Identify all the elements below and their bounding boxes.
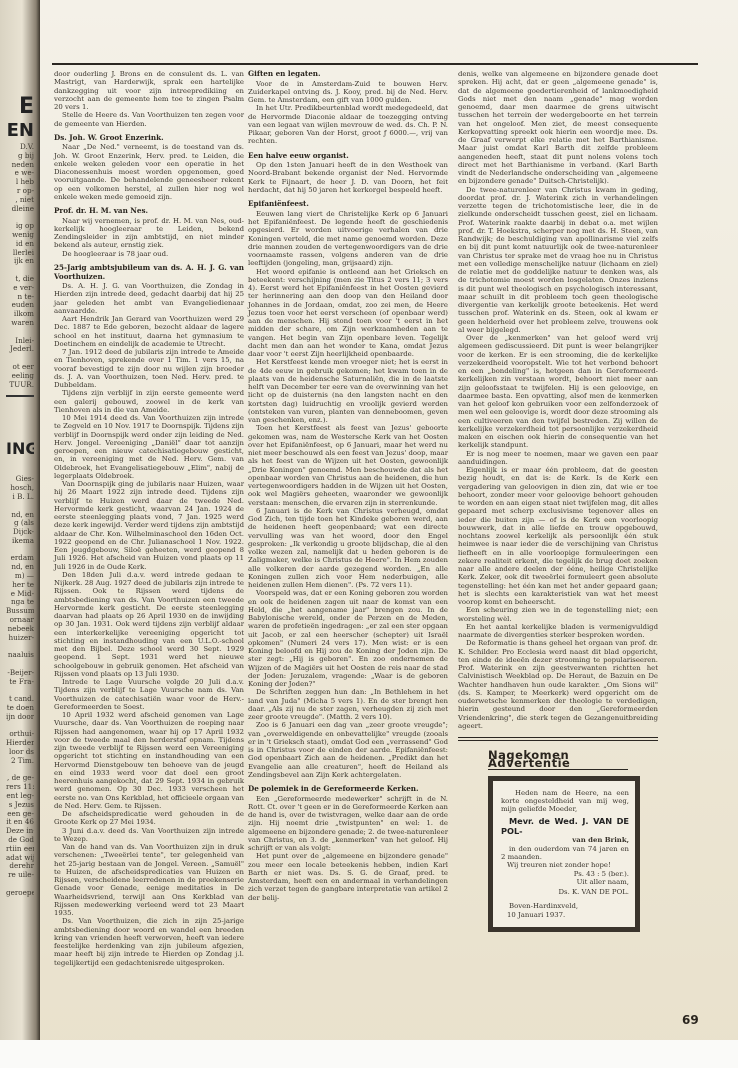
- article-paragraph: Van Doornspijk ging de jubilaris naar Hu…: [54, 480, 244, 571]
- article-paragraph: Van de hand van ds. Van Voorthuizen zijn…: [54, 843, 244, 917]
- column-right: denis, welke van algemeene en bijzondere…: [458, 70, 658, 932]
- previous-rule: [6, 395, 34, 397]
- article-paragraph: De Schriften zeggen hun dan: „In Bethleh…: [248, 688, 448, 721]
- previous-page-line: TUUR.: [6, 381, 34, 390]
- article-paragraph: Over de „kenmerken" van het geloof werd …: [458, 334, 658, 450]
- previous-headline-fragment: E: [6, 95, 34, 119]
- article-paragraph: Intrede te Lage Vuursche volgde 20 Juli …: [54, 678, 244, 711]
- previous-page-line: Jederl.: [6, 345, 34, 354]
- column-right-body: denis, welke van algemeene en bijzondere…: [458, 70, 658, 730]
- article-heading: 25-Jarig ambtsjubileum van ds. A. H. J. …: [54, 264, 244, 281]
- article-paragraph: Toen het Kerstfeest als feest van Jezus'…: [248, 424, 448, 507]
- ad-psalm: Ps. 43 : 5 (ber.).: [501, 870, 629, 878]
- article-paragraph: Zoo is 6 Januari een dag van „zeer groot…: [248, 721, 448, 779]
- article-paragraph: Stelle de Heere ds. Van Voorthuizen ten …: [54, 111, 244, 128]
- article-paragraph: Er is nog meer te noemen, maar we gaven …: [458, 450, 658, 467]
- advertisement-section-title: Nagekomen Advertentie: [488, 751, 628, 770]
- ad-signatory: Ds. K. VAN DE POL.: [501, 888, 629, 896]
- article-paragraph: 7 Jan. 1912 deed de jubilaris zijn intre…: [54, 348, 244, 389]
- previous-headline-fragment: EN: [6, 119, 34, 143]
- article-paragraph: De Reformatie is thans geheel het orgaan…: [458, 639, 658, 730]
- article-paragraph: Naar „De Ned." verneemt, is de toestand …: [54, 143, 244, 201]
- previous-page-line: ijn door: [6, 713, 34, 722]
- article-paragraph: Voorspeld was, dat er een Koning geboren…: [248, 589, 448, 688]
- article-paragraph: En het aantal kerkelijke bladen is verme…: [458, 623, 658, 640]
- scan-bottom-margin: [0, 1040, 738, 1068]
- article-paragraph: Ds. Van Voorthuizen, die zich in zijn 25…: [54, 917, 244, 967]
- article-heading: Epifaniënfeest.: [248, 200, 448, 209]
- article-paragraph: Op den 1sten Januari heeft de in den Wes…: [248, 161, 448, 194]
- article-heading: Giften en legaten.: [248, 70, 448, 79]
- previous-page-edge: E EN D.V.g bijnedene we-l hebr op-, niet…: [0, 0, 40, 1068]
- article-heading: Een halve eeuw organist.: [248, 152, 448, 161]
- ad-on-behalf: Uit aller naam,: [501, 878, 629, 886]
- article-paragraph: Den 18den Juli d.a.v. werd intrede gedaa…: [54, 571, 244, 678]
- previous-page-line: ikema: [6, 537, 34, 546]
- article-paragraph: Naar wij vernemen, is prof. dr. H. M. va…: [54, 217, 244, 250]
- previous-page-line: naaluis: [6, 651, 34, 660]
- previous-page-line: waren: [6, 319, 34, 328]
- page-number: 69: [682, 1013, 699, 1027]
- column-middle: Giften en legaten.Voor de in Amsterdam-Z…: [248, 70, 448, 902]
- ad-deceased-name: Mevr. de Wed. J. VAN DE POL-: [501, 816, 629, 836]
- previous-page-line: ijk en: [6, 257, 34, 266]
- separator-rule: [458, 740, 658, 741]
- article-paragraph: denis, welke van algemeene en bijzondere…: [458, 70, 658, 186]
- article-paragraph: Een scheuring zien we in de tegenstellin…: [458, 606, 658, 623]
- article-paragraph: Een „Gereformeerde medewerker" schrijft …: [248, 795, 448, 853]
- column-left: door ouderling J. Brons en de consulent …: [54, 70, 244, 967]
- previous-page-line: te Fra-: [6, 678, 34, 687]
- ad-deceased-maiden-name: van den Brink,: [501, 836, 629, 844]
- article-paragraph: Het woord epifanie is ontleend aan het G…: [248, 268, 448, 359]
- separator-rule: [458, 737, 658, 738]
- article-paragraph: De twee-naturenleer van Christus kwam in…: [458, 186, 658, 335]
- previous-page-line: dleine: [6, 205, 34, 214]
- article-heading: Prof. dr. H. M. van Nes.: [54, 207, 244, 216]
- ad-place: Boven-Hardinxveld,: [501, 902, 629, 910]
- article-paragraph: De hoogleeraar is 78 jaar oud.: [54, 250, 244, 258]
- article-paragraph: 6 Januari is de Kerk van Christus verheu…: [248, 507, 448, 590]
- article-paragraph: door ouderling J. Brons en de consulent …: [54, 70, 244, 111]
- ad-intro: Heden nam de Heere, na een korte ongeste…: [501, 789, 629, 814]
- article-paragraph: De afscheidspredicatie werd gehouden in …: [54, 810, 244, 827]
- previous-page-line: re uile-: [6, 871, 34, 880]
- article-paragraph: Het Kerstfeest kende men vroeger niet; h…: [248, 358, 448, 424]
- article-paragraph: Ds. A. H. J. G. van Voorthuizen, die Zon…: [54, 282, 244, 315]
- article-heading: De polemiek in de Gereformeerde Kerken.: [248, 785, 448, 794]
- article-paragraph: 10 April 1932 werd afscheid genomen van …: [54, 711, 244, 810]
- ad-mourn-line: Wij treuren niet zonder hope!: [501, 861, 629, 869]
- article-heading: Ds. Joh. W. Groot Enzerink.: [54, 134, 244, 143]
- previous-page-line: huizer-: [6, 634, 34, 643]
- article-paragraph: 10 Mei 1914 deed ds. Van Voorthuizen zij…: [54, 414, 244, 480]
- previous-page-line: 2 Tim.: [6, 757, 34, 766]
- previous-page-line: i B. L.: [6, 493, 34, 502]
- top-rule: [52, 63, 698, 65]
- article-paragraph: Voor de in Amsterdam-Zuid te bouwen Herv…: [248, 80, 448, 105]
- article-paragraph: Aart Hendrik Jan Gerard van Voorthuizen …: [54, 315, 244, 348]
- article-paragraph: Het punt over de „algemeene en bijzonder…: [248, 852, 448, 902]
- previous-page-line: geroepen: [6, 889, 34, 898]
- article-paragraph: Eigenlijk is er maar één probleem, dat d…: [458, 466, 658, 606]
- previous-page-text: E EN D.V.g bijnedene we-l hebr op-, niet…: [6, 95, 34, 898]
- article-paragraph: 3 Juni d.a.v. deed ds. Van Voorthuizen z…: [54, 827, 244, 844]
- previous-text-top: D.V.g bijnedene we-l hebr op-, nietdlein…: [6, 143, 34, 389]
- previous-text-bottom: Gies-hosch,i B. L. nd, eng (alsDijck-ike…: [6, 475, 34, 897]
- ad-date: 10 Januari 1937.: [501, 911, 629, 919]
- ad-age: in den ouderdom van 74 jaren en 2 maande…: [501, 845, 629, 862]
- article-paragraph: Tijdens zijn verblijf in zijn eerste gem…: [54, 389, 244, 414]
- obituary-advertisement: Heden nam de Heere, na een korte ongeste…: [488, 776, 640, 933]
- article-paragraph: Eeuwen lang viert de Christelijke Kerk o…: [248, 210, 448, 268]
- previous-headline-fragment: ING: [6, 437, 34, 461]
- article-paragraph: In het Utr. Predikbeurtenblad wordt mede…: [248, 104, 448, 145]
- newspaper-page: door ouderling J. Brons en de consulent …: [40, 0, 738, 1068]
